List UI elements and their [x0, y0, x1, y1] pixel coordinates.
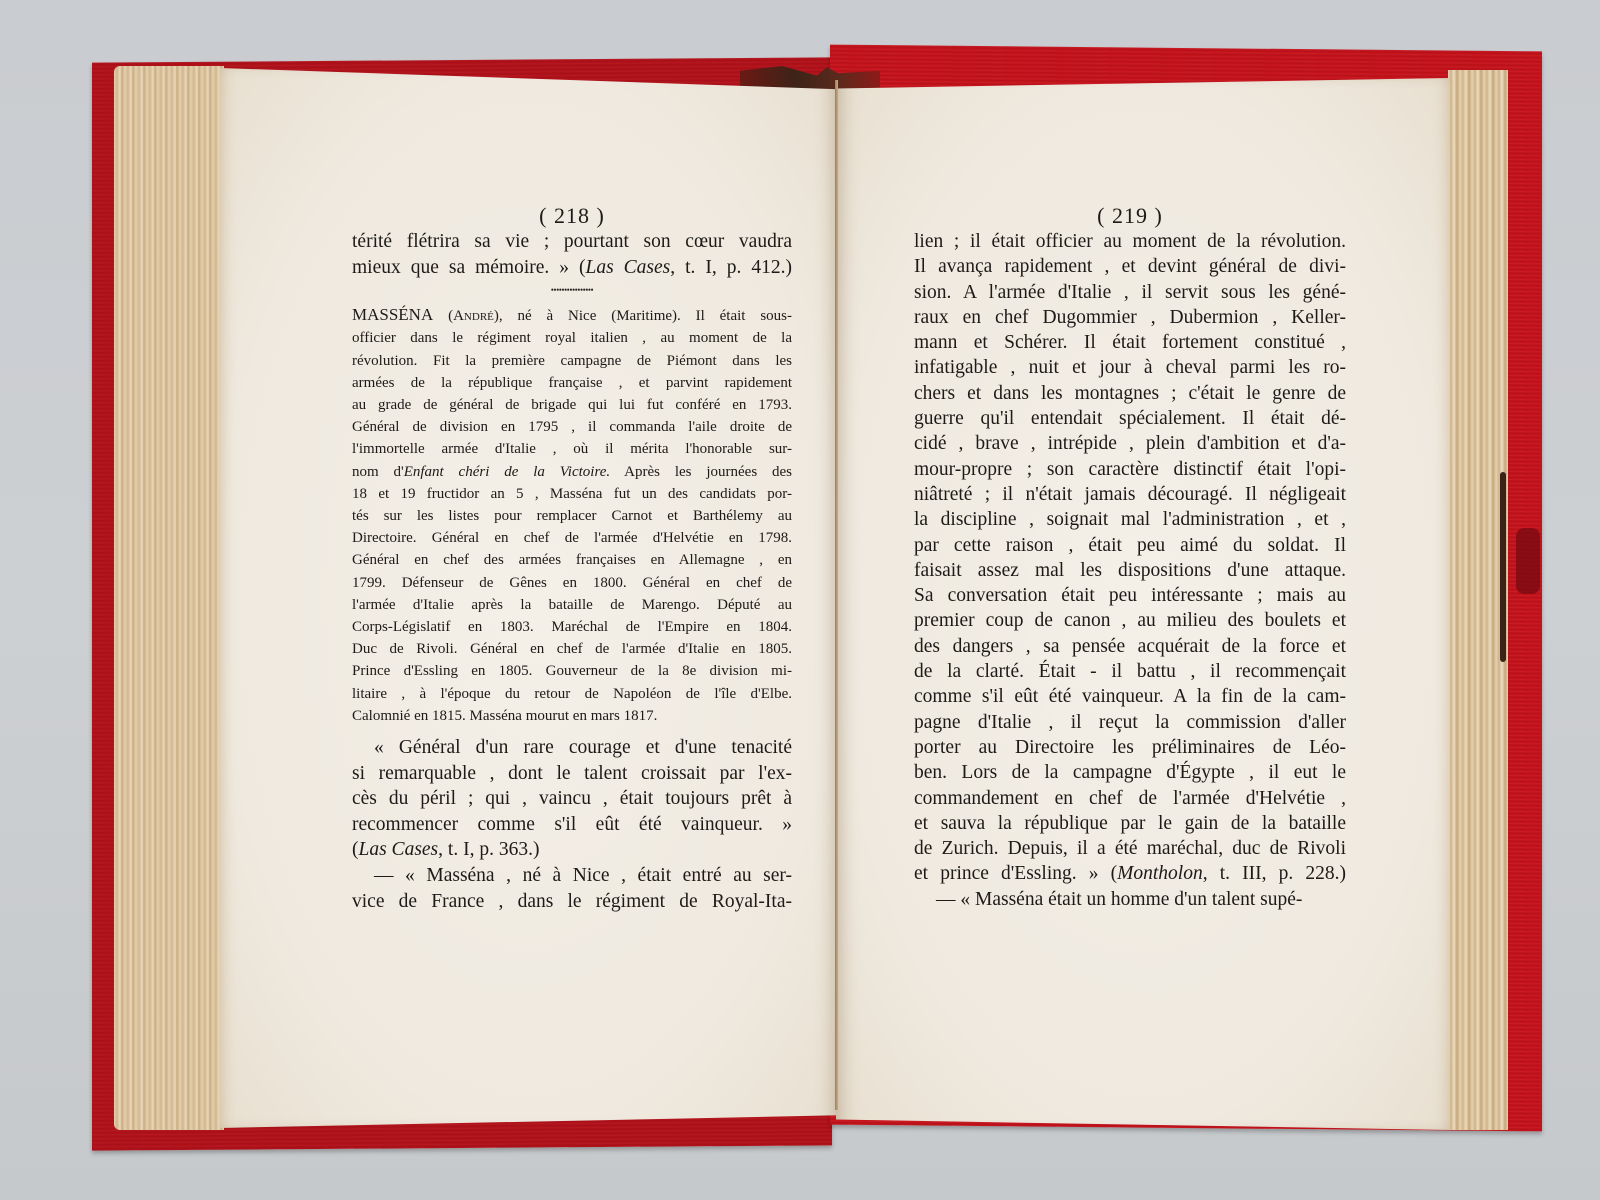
masséna-biography-entry: MASSÉNA (André), né à Nice (Maritime). I… [352, 304, 792, 727]
text-line: mour-propre ; son caractère distinctif é… [914, 457, 1346, 482]
text-line: (Las Cases, t. I, p. 363.) [352, 837, 792, 863]
text-span: Après les journées des [610, 464, 792, 480]
entry-headword: MASSÉNA [352, 305, 433, 324]
section-divider-ornament: •••••••••••••••• [352, 282, 792, 298]
text-line: la discipline , soignait mal l'administr… [914, 507, 1346, 532]
text-line: mieux que sa mémoire. » (Las Cases, t. I… [352, 255, 792, 281]
text-line: au grade de général de brigade qui lui f… [366, 394, 792, 416]
text-line: niâtreté ; il n'était jamais découragé. … [914, 482, 1346, 507]
text-line: — « Masséna , né à Nice , était entré au… [352, 863, 792, 889]
text-line: Corps-Législatif en 1803. Maréchal de l'… [366, 616, 792, 638]
left-page-edges [114, 66, 224, 1130]
text-line: l'armée d'Italie après la bataille de Ma… [366, 594, 792, 616]
text-line: térité flétrira sa vie ; pourtant son cœ… [352, 229, 792, 255]
text-line: Calomnié en 1815. Masséna mourut en mars… [366, 705, 792, 727]
text-line: cès du péril ; qui , vaincu , était touj… [352, 786, 792, 812]
citation-ref: , t. I, p. 412.) [670, 257, 792, 278]
text-line: MASSÉNA (André), né à Nice (Maritime). I… [366, 304, 792, 327]
text-line: de la clarté. Était - il battu , il reco… [914, 659, 1346, 684]
page-number-219: ( 219 ) [914, 203, 1346, 229]
text-line: raux en chef Dugommier , Dubermion , Kel… [914, 305, 1346, 330]
text-line: mann et Schérer. Il était fortement cons… [914, 330, 1346, 355]
text-line: lien ; il était officier au moment de la… [914, 229, 1346, 254]
text-line: porter au Directoire les préliminaires d… [914, 735, 1346, 760]
text-line: cidé , brave , intrépide , plein d'ambit… [914, 431, 1346, 456]
text-line: Il avança rapidement , et devint général… [914, 254, 1346, 279]
text-line: « Général d'un rare courage et d'une ten… [352, 735, 792, 761]
entry-given-name: (André) [448, 308, 499, 324]
right-page-edges [1448, 70, 1508, 1130]
text-line: des dangers , sa pensée acquérait de la … [914, 634, 1346, 659]
text-line: armées de la république française , et p… [366, 372, 792, 394]
text-line: chers et dans les montagnes ; c'était le… [914, 381, 1346, 406]
text-line: ben. Lors de la campagne d'Égypte , il e… [914, 760, 1346, 785]
text-line: tés sur les listes pour remplacer Carnot… [366, 505, 792, 527]
text-line: comme s'il eût été vainqueur. A la fin d… [914, 684, 1346, 709]
left-page-text: ( 218 ) térité flétrira sa vie ; pourtan… [352, 203, 792, 914]
text-line: Prince d'Essling en 1805. Gouverneur de … [366, 660, 792, 682]
text-line: officier dans le régiment royal italien … [366, 327, 792, 349]
text-line: premier coup de canon , au milieu des bo… [914, 608, 1346, 633]
text-line: litaire , à l'époque du retour de Napolé… [366, 683, 792, 705]
text-line: Directoire. Général en chef de l'armée d… [366, 527, 792, 549]
text-line: si remarquable , dont le talent croissai… [352, 761, 792, 787]
text-line: sion. A l'armée d'Italie , il servit sou… [914, 280, 1346, 305]
citation-author: Montholon [1117, 863, 1203, 884]
text-span: et prince d'Essling. » ( [914, 863, 1117, 884]
text-line: vice de France , dans le régiment de Roy… [352, 889, 792, 915]
text-span: mieux que sa mémoire. » ( [352, 257, 586, 278]
text-line: 1799. Défenseur de Gênes en 1800. Généra… [366, 572, 792, 594]
carryover-paragraph: térité flétrira sa vie ; pourtant son cœ… [352, 229, 792, 280]
citation-author: Las Cases [359, 839, 439, 860]
text-line: infatigable , nuit et jour à cheval parm… [914, 355, 1346, 380]
page-edge-ink-mark [1500, 472, 1506, 662]
text-line: Duc de Rivoli. Général en chef de l'armé… [366, 638, 792, 660]
text-line: de Zurich. Depuis, il a été maréchal, du… [914, 836, 1346, 861]
gutter-fold [835, 80, 838, 1110]
text-line: guerre qu'il entendait spécialement. Il … [914, 406, 1346, 431]
text-line: faisait assez mal les dispositions d'une… [914, 558, 1346, 583]
text-line: et sauva la république par le gain de la… [914, 811, 1346, 836]
text-span: nom d' [352, 464, 404, 480]
text-line: et prince d'Essling. » (Montholon, t. II… [914, 861, 1346, 886]
text-line: révolution. Fit la première campagne de … [366, 350, 792, 372]
italic-epithet: Enfant chéri de la Victoire. [404, 464, 610, 480]
text-span: , né à Nice (Maritime). Il était sous- [499, 308, 792, 324]
text-line: — « Masséna était un homme d'un talent s… [914, 887, 1346, 912]
text-line: Sa conversation était peu intéressante ;… [914, 583, 1346, 608]
montholon-quote: lien ; il était officier au moment de la… [914, 229, 1346, 912]
text-line: commandement en chef de l'armée d'Helvét… [914, 786, 1346, 811]
open-book-photo: ( 218 ) térité flétrira sa vie ; pourtan… [0, 0, 1600, 1200]
text-line: Général de division en 1795 , il command… [366, 416, 792, 438]
text-line: recommencer comme s'il eût été vainqueur… [352, 812, 792, 838]
second-quote-start: — « Masséna , né à Nice , était entré au… [352, 863, 792, 914]
page-number-218: ( 218 ) [352, 203, 792, 229]
cover-stain [1516, 528, 1540, 594]
text-line: nom d'Enfant chéri de la Victoire. Après… [366, 461, 792, 483]
text-line: pagne d'Italie , il reçut la commission … [914, 710, 1346, 735]
las-cases-quote: « Général d'un rare courage et d'une ten… [352, 735, 792, 863]
text-line: par cette raison , était peu aimé du sol… [914, 533, 1346, 558]
citation-ref: , t. I, p. 363.) [438, 839, 539, 860]
citation-ref: , t. III, p. 228.) [1203, 863, 1346, 884]
text-line: Général en chef des armées françaises en… [366, 549, 792, 571]
right-page-text: ( 219 ) lien ; il était officier au mome… [914, 203, 1346, 912]
text-line: l'immortelle armée d'Italie , où il méri… [366, 438, 792, 460]
text-line: 18 et 19 fructidor an 5 , Masséna fut un… [366, 483, 792, 505]
citation-author: Las Cases [586, 257, 671, 278]
